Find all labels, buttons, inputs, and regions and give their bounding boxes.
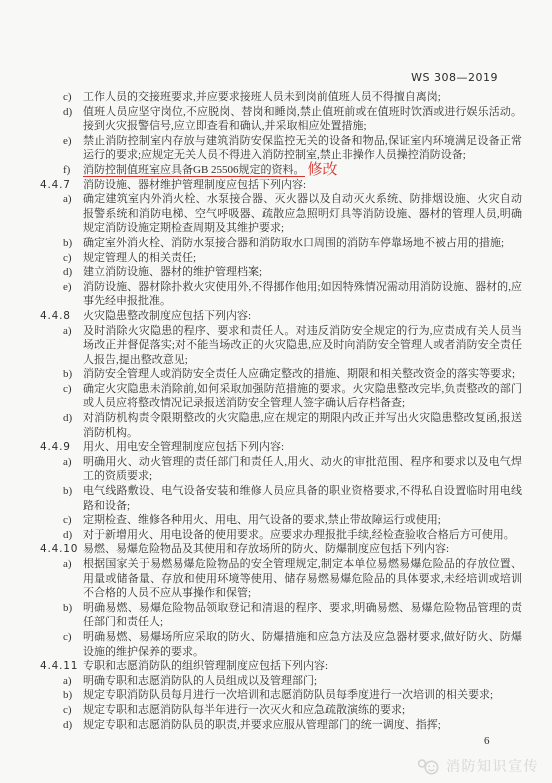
item-letter: b)	[63, 601, 72, 616]
item-text: 确定建筑室内外消火栓、水泵接合器、灭火器以及自动灭火系统、防排烟设施、火灾自动报…	[83, 193, 522, 234]
list-item-c: c)工作人员的交接班要求,并应要求接班人员未到岗前值班人员不得擅自离岗;	[0, 90, 552, 105]
clause-title: 火灾隐患整改制度应包括下列内容:	[83, 310, 251, 322]
list-item-a: a)明确专职和志愿消防队的人员组成以及管理部门;	[0, 674, 552, 689]
item-letter: a)	[63, 324, 72, 339]
list-item-d: d)值班人员应坚守岗位,不应脱岗、替岗和睡岗,禁止值班前或在值班时饮酒或进行娱乐…	[0, 105, 552, 134]
list-item-b: b)电气线路敷设、电气设备安装和维修人员应具备的职业资格要求,不得私自设置临时用…	[0, 484, 552, 513]
item-letter: f)	[63, 163, 70, 178]
item-text: 明确易燃、易爆危险物品领取登记和清退的程序、要求,明确易燃、易爆危险物品管理的责…	[83, 602, 522, 629]
item-letter: d)	[63, 528, 72, 543]
item-letter: b)	[63, 236, 72, 251]
list-item-c: c)规定专职和志愿消防队每半年进行一次灭火和应急疏散演练的要求;	[0, 703, 552, 718]
list-item-b: b)消防安全管理人或消防安全责任人应确定整改的措施、期限和相关整改资金的落实等要…	[0, 367, 552, 382]
item-text: 明确用火、动火管理的责任部门和责任人,用火、动火的审批范围、程序和要求以及电气焊…	[83, 456, 522, 483]
item-text: 建立消防设施、器材的维护管理档案;	[83, 266, 262, 278]
doc-body: c)工作人员的交接班要求,并应要求接班人员未到岗前值班人员不得擅自离岗;d)值班…	[0, 90, 552, 732]
item-letter: c)	[63, 251, 72, 266]
list-item-c: c)确定火灾隐患未消除前,如何采取加强防范措施的要求。火灾隐患整改完毕,负责整改…	[0, 382, 552, 411]
item-letter: b)	[63, 484, 72, 499]
item-letter: a)	[63, 557, 72, 572]
item-text: 对消防机构责令限期整改的火灾隐患,应在规定的期限内改正并写出火灾隐患整改复函,报…	[83, 412, 522, 439]
page-number: 6	[484, 735, 490, 747]
item-text: 工作人员的交接班要求,并应要求接班人员未到岗前值班人员不得擅自离岗;	[83, 91, 441, 103]
clause-4.4.11: 4.4.11专职和志愿消防队的组织管理制度应包括下列内容:	[0, 659, 552, 674]
item-letter: d)	[63, 265, 72, 280]
item-text: 值班人员应坚守岗位,不应脱岗、替岗和睡岗,禁止值班前或在值班时饮酒或进行娱乐活动…	[83, 106, 522, 133]
list-item-b: b)规定专职消防队员每月进行一次培训和志愿消防队员每季度进行一次培训的相关要求;	[0, 688, 552, 703]
revision-annotation: 修改	[308, 162, 338, 178]
item-letter: c)	[63, 382, 72, 397]
clause-title: 专职和志愿消防队的组织管理制度应包括下列内容:	[83, 660, 328, 672]
item-letter: e)	[63, 134, 72, 149]
list-item-a: a)及时消除火灾隐患的程序、要求和责任人。对违反消防安全规定的行为,应责成有关人…	[0, 324, 552, 368]
item-text: 及时消除火灾隐患的程序、要求和责任人。对违反消防安全规定的行为,应责成有关人员当…	[83, 325, 522, 366]
item-text: 规定专职消防队员每月进行一次培训和志愿消防队员每季度进行一次培训的相关要求;	[83, 689, 493, 701]
clause-title: 消防设施、器材维护管理制度应包括下列内容:	[83, 179, 306, 191]
item-letter: e)	[63, 280, 72, 295]
clause-title: 易燃、易爆危险物品及其使用和存放场所的防火、防爆制度应包括下列内容:	[83, 543, 449, 555]
item-text: 消防安全管理人或消防安全责任人应确定整改的措施、期限和相关整改资金的落实等要求;	[83, 368, 515, 380]
watermark: 消防知识宣传	[417, 756, 539, 776]
item-letter: a)	[63, 455, 72, 470]
item-letter: c)	[63, 90, 72, 105]
item-letter: b)	[63, 688, 72, 703]
clause-number: 4.4.8	[40, 309, 71, 324]
item-text: 对于新增用火、用电设备的使用要求。应要求办理报批手续,经检查验收合格后方可使用。	[83, 529, 515, 541]
item-letter: b)	[63, 367, 72, 382]
clause-4.4.9: 4.4.9用火、用电安全管理制度应包括下列内容:	[0, 440, 552, 455]
list-item-a: a)根据国家关于易燃易爆危险物品的安全管理规定,制定本单位易燃易爆危险品的存放位…	[0, 557, 552, 601]
list-item-d: d)对于新增用火、用电设备的使用要求。应要求办理报批手续,经检查验收合格后方可使…	[0, 528, 552, 543]
item-letter: d)	[63, 411, 72, 426]
item-letter: c)	[63, 630, 72, 645]
item-letter: d)	[63, 105, 72, 120]
item-letter: a)	[63, 192, 72, 207]
item-text: 确定室外消火栓、消防水泵接合器和消防取水口周围的消防车停靠场地不被占用的措施;	[83, 237, 504, 249]
item-text: 禁止消防控制室内存放与建筑消防安保监控无关的设备和物品,保证室内环境满足设备正常…	[83, 135, 522, 162]
item-text: 定期检查、维修各种用火、用电、用气设备的要求,禁止带故障运行或使用;	[83, 514, 441, 526]
item-text: 根据国家关于易燃易爆危险物品的安全管理规定,制定本单位易燃易爆危险品的存放位置、…	[83, 558, 522, 599]
doc-code-header: WS 308—2019	[411, 71, 498, 84]
item-text: 消防控制值班室应具备GB 25506规定的资料。	[83, 164, 305, 178]
list-item-a: a)确定建筑室内外消火栓、水泵接合器、灭火器以及自动灭火系统、防排烟设施、火灾自…	[0, 192, 552, 236]
item-text: 规定专职和志愿消防队员的职责,并要求应服从管理部门的统一调度、指挥;	[83, 719, 441, 731]
list-item-b: b)确定室外消火栓、消防水泵接合器和消防取水口周围的消防车停靠场地不被占用的措施…	[0, 236, 552, 251]
watermark-text: 消防知识宣传	[446, 756, 539, 776]
clause-4.4.7: 4.4.7消防设施、器材维护管理制度应包括下列内容:	[0, 178, 552, 193]
item-text: 消防设施、器材除扑救火灾使用外,不得挪作他用;如因特殊情况需动用消防设施、器材的…	[83, 281, 522, 308]
list-item-d: d)规定专职和志愿消防队员的职责,并要求应服从管理部门的统一调度、指挥;	[0, 718, 552, 733]
clause-4.4.8: 4.4.8火灾隐患整改制度应包括下列内容:	[0, 309, 552, 324]
item-text: 明确易燃、易爆场所应采取的防火、防爆措施和应急方法及应急器材要求,做好防火、防爆…	[83, 631, 522, 658]
item-letter: d)	[63, 718, 72, 733]
clause-number: 4.4.11	[40, 659, 78, 674]
clause-number: 4.4.7	[40, 178, 71, 193]
item-text: 明确专职和志愿消防队的人员组成以及管理部门;	[83, 675, 317, 687]
item-text: 规定管理人的相关责任;	[83, 252, 196, 264]
list-item-d: d)对消防机构责令限期整改的火灾隐患,应在规定的期限内改正并写出火灾隐患整改复函…	[0, 411, 552, 440]
list-item-f: f)消防控制值班室应具备GB 25506规定的资料。修改	[0, 163, 552, 178]
item-text: 确定火灾隐患未消除前,如何采取加强防范措施的要求。火灾隐患整改完毕,负责整改的部…	[83, 383, 522, 410]
item-letter: c)	[63, 703, 72, 718]
list-item-c: c)定期检查、维修各种用火、用电、用气设备的要求,禁止带故障运行或使用;	[0, 513, 552, 528]
list-item-c: c)明确易燃、易爆场所应采取的防火、防爆措施和应急方法及应急器材要求,做好防火、…	[0, 630, 552, 659]
list-item-c: c)规定管理人的相关责任;	[0, 251, 552, 266]
list-item-e: e)消防设施、器材除扑救火灾使用外,不得挪作他用;如因特殊情况需动用消防设施、器…	[0, 280, 552, 309]
list-item-a: a)明确用火、动火管理的责任部门和责任人,用火、动火的审批范围、程序和要求以及电…	[0, 455, 552, 484]
document-page: WS 308—2019 c)工作人员的交接班要求,并应要求接班人员未到岗前值班人…	[0, 0, 552, 783]
clause-title: 用火、用电安全管理制度应包括下列内容:	[83, 441, 284, 453]
item-text: 电气线路敷设、电气设备安装和维修人员应具备的职业资格要求,不得私自设置临时用电线…	[83, 485, 522, 512]
wechat-smiley-icon	[417, 758, 441, 775]
clause-4.4.10: 4.4.10易燃、易爆危险物品及其使用和存放场所的防火、防爆制度应包括下列内容:	[0, 542, 552, 557]
list-item-d: d)建立消防设施、器材的维护管理档案;	[0, 265, 552, 280]
clause-number: 4.4.9	[40, 440, 71, 455]
item-letter: c)	[63, 513, 72, 528]
clause-number: 4.4.10	[40, 542, 78, 557]
item-letter: a)	[63, 674, 72, 689]
list-item-b: b)明确易燃、易爆危险物品领取登记和清退的程序、要求,明确易燃、易爆危险物品管理…	[0, 601, 552, 630]
item-text: 规定专职和志愿消防队每半年进行一次灭火和应急疏散演练的要求;	[83, 704, 405, 716]
list-item-e: e)禁止消防控制室内存放与建筑消防安保监控无关的设备和物品,保证室内环境满足设备…	[0, 134, 552, 163]
